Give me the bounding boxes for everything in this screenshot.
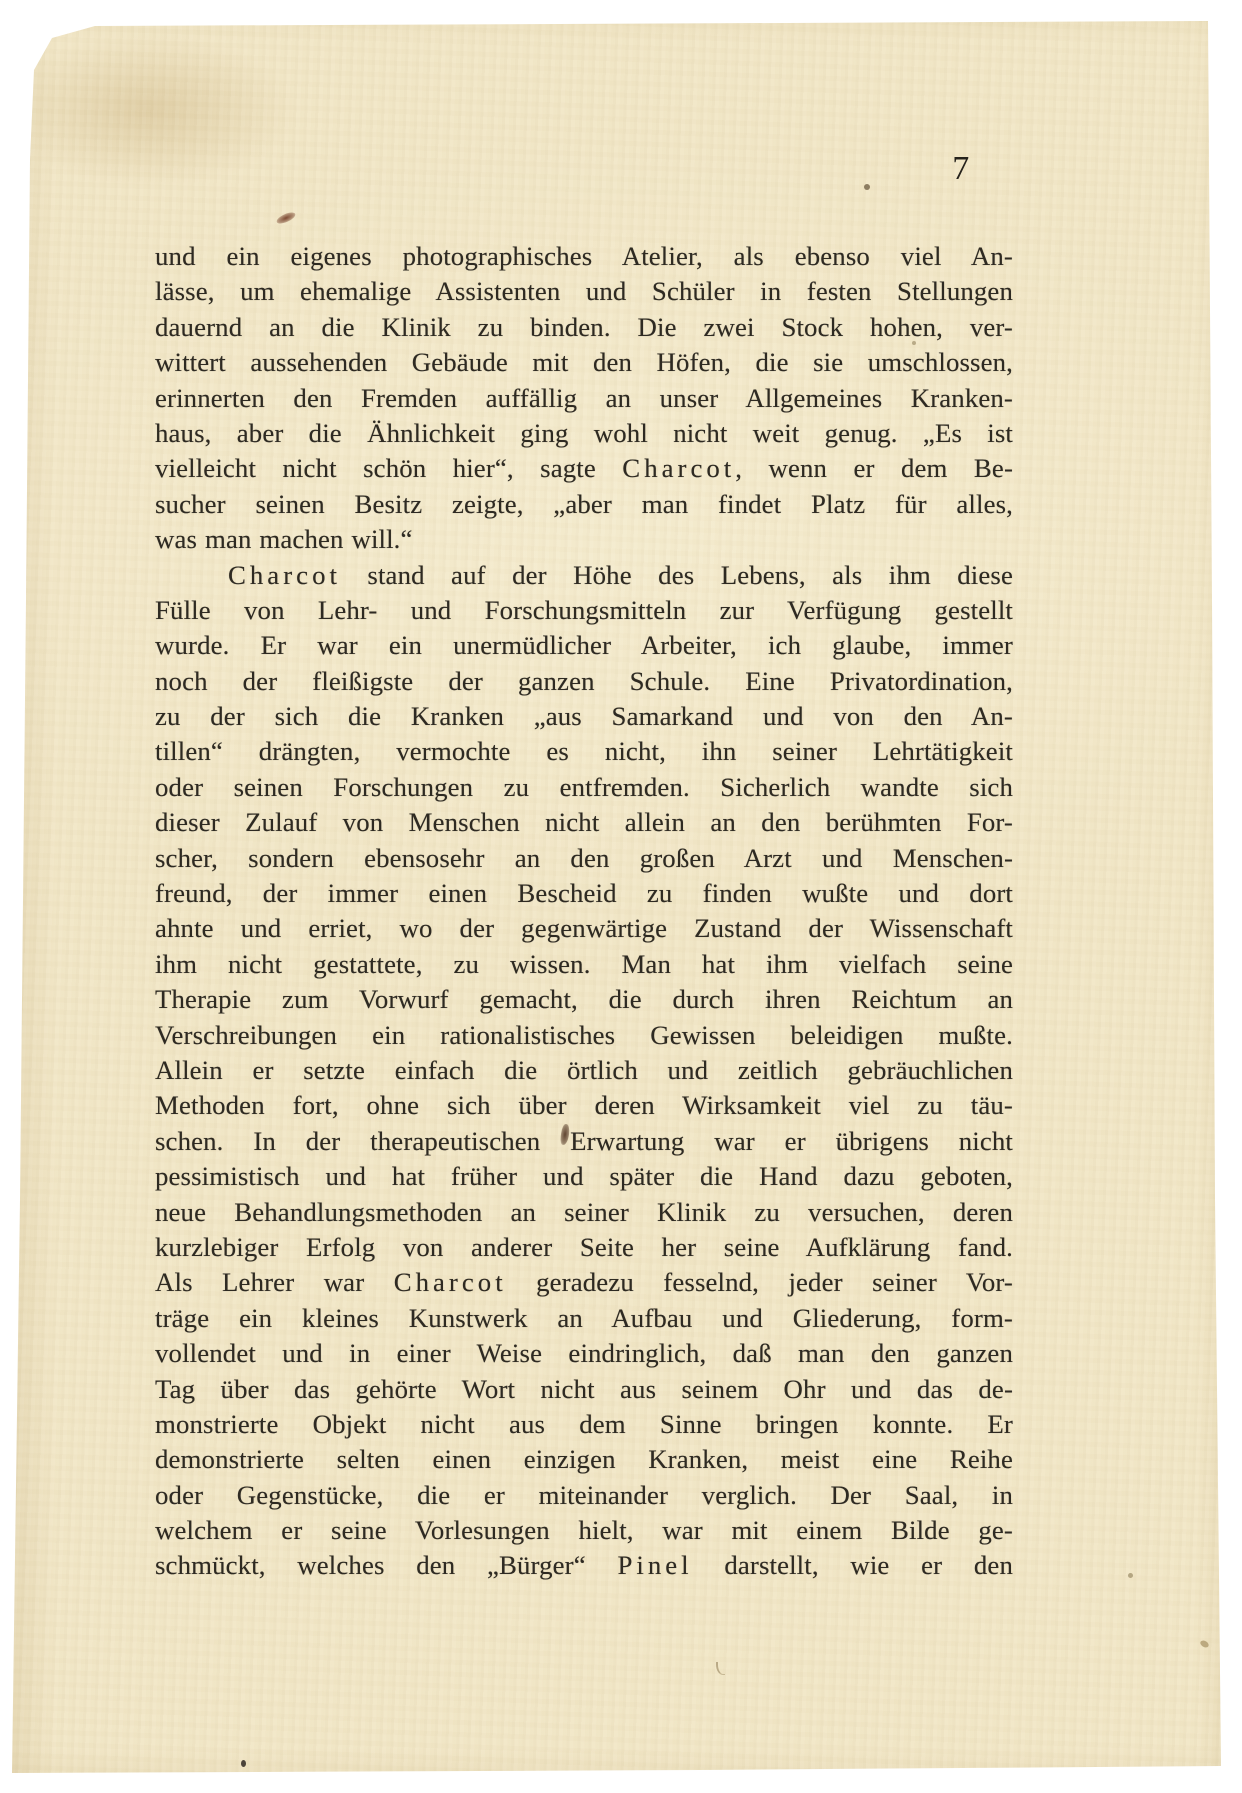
text-line: welchem er seine Vorlesungen hielt, war …	[155, 1513, 1013, 1548]
text-line: Verschreibungen ein rationalistisches Ge…	[155, 1018, 1013, 1053]
text-line: kurzlebiger Erfolg von anderer Seite her…	[155, 1230, 1013, 1265]
text-line: Fülle von Lehr- und Forschungsmitteln zu…	[155, 593, 1013, 628]
text-line: lässe, um ehemalige Assistenten und Schü…	[155, 274, 1013, 309]
letterspaced-name: Charcot	[228, 560, 341, 590]
text-line: monstrierte Objekt nicht aus dem Sinne b…	[155, 1407, 1013, 1442]
text-line: Therapie zum Vorwurf gemacht, die durch …	[155, 982, 1013, 1017]
text-line: wittert aussehenden Gebäude mit den Höfe…	[155, 345, 1013, 380]
page-number: 7	[936, 150, 986, 188]
text-line: vielleicht nicht schön hier“, sagte Char…	[155, 451, 1013, 486]
text-line: ihm nicht gestattete, zu wissen. Man hat…	[155, 947, 1013, 982]
text-line: pessimistisch und hat früher und später …	[155, 1159, 1013, 1194]
text-line: Methoden fort, ohne sich über deren Wirk…	[155, 1088, 1013, 1123]
letterspaced-name: Charcot	[622, 453, 735, 483]
text-line: Charcot stand auf der Höhe des Lebens, a…	[155, 558, 1013, 593]
text-line: freund, der immer einen Bescheid zu find…	[155, 876, 1013, 911]
text-block: und ein eigenes photographisches Atelier…	[155, 239, 1013, 1584]
text-line: wurde. Er war ein unermüdlicher Arbeiter…	[155, 628, 1013, 663]
text-line: sucher seinen Besitz zeigte, „aber man f…	[155, 487, 1013, 522]
text-line: tillen“ drängten, vermochte es nicht, ih…	[155, 734, 1013, 769]
letterspaced-name: Pinel	[617, 1550, 692, 1580]
ink-speck	[275, 210, 297, 225]
ink-speck	[864, 184, 870, 190]
text-line: vollendet und in einer Weise eindringlic…	[155, 1336, 1013, 1371]
text-line: dauernd an die Klinik zu binden. Die zwe…	[155, 310, 1013, 345]
ink-speck	[716, 1662, 725, 1675]
text-line: schen. In der therapeutischen Erwartung …	[155, 1124, 1013, 1159]
text-line: träge ein kleines Kunstwerk an Aufbau un…	[155, 1301, 1013, 1336]
ink-speck	[1128, 1573, 1133, 1578]
paper-edge-nick	[1199, 1639, 1210, 1649]
text-line: demonstrierte selten einen einzigen Kran…	[155, 1442, 1013, 1477]
text-line: Tag über das gehörte Wort nicht aus sein…	[155, 1372, 1013, 1407]
paper-sheet: 7 und ein eigenes photographisches Ateli…	[0, 0, 1242, 1793]
text-line: was man machen will.“	[155, 522, 1013, 557]
text-line: noch der fleißigste der ganzen Schule. E…	[155, 664, 1013, 699]
text-line: oder Gegenstücke, die er miteinander ver…	[155, 1478, 1013, 1513]
text-line: dieser Zulauf von Menschen nicht allein …	[155, 805, 1013, 840]
text-line: und ein eigenes photographisches Atelier…	[155, 239, 1013, 274]
text-line: oder seinen Forschungen zu entfremden. S…	[155, 770, 1013, 805]
text-line: Allein er setzte einfach die örtlich und…	[155, 1053, 1013, 1088]
text-line: erinnerten den Fremden auffällig an unse…	[155, 381, 1013, 416]
scanned-book-page: 7 und ein eigenes photographisches Ateli…	[0, 0, 1242, 1793]
text-line: neue Behandlungsmethoden an seiner Klini…	[155, 1195, 1013, 1230]
letterspaced-name: Charcot	[394, 1267, 507, 1297]
ink-speck	[241, 1760, 246, 1767]
text-line: haus, aber die Ähnlichkeit ging wohl nic…	[155, 416, 1013, 451]
text-line: zu der sich die Kranken „aus Samarkand u…	[155, 699, 1013, 734]
text-line: ahnte und erriet, wo der gegenwärtige Zu…	[155, 911, 1013, 946]
text-line: schmückt, welches den „Bürger“ Pinel dar…	[155, 1548, 1013, 1583]
text-line: Als Lehrer war Charcot geradezu fesselnd…	[155, 1265, 1013, 1300]
text-line: scher, sondern ebensosehr an den großen …	[155, 841, 1013, 876]
